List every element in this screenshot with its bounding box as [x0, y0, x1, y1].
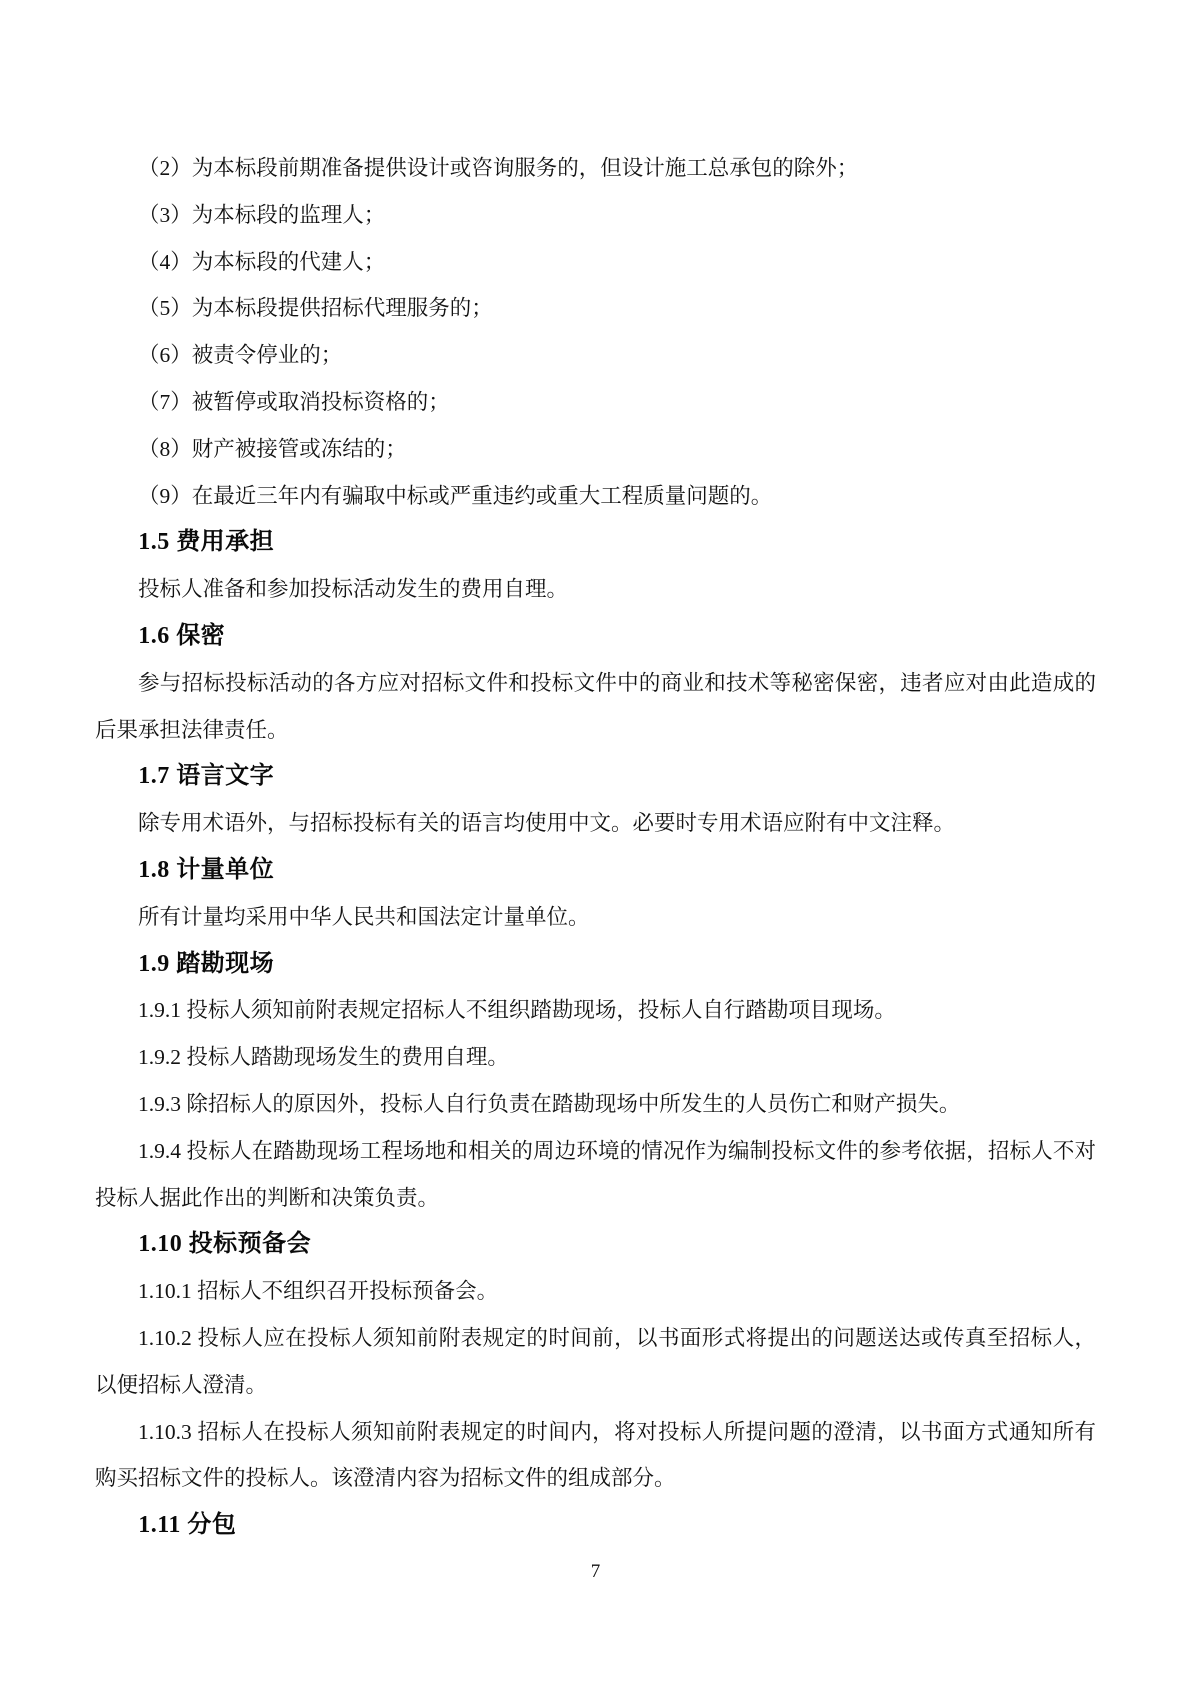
list-item-5: （5）为本标段提供招标代理服务的； [95, 285, 1096, 332]
section-1-10-paragraph-1: 1.10.1 招标人不组织召开投标预备会。 [95, 1268, 1096, 1315]
section-heading-1-6: 1.6 保密 [95, 613, 1096, 660]
section-1-9-paragraph-3: 1.9.3 除招标人的原因外，投标人自行负责在踏勘现场中所发生的人员伤亡和财产损… [95, 1081, 1096, 1128]
section-1-9-paragraph-1: 1.9.1 投标人须知前附表规定招标人不组织踏勘现场，投标人自行踏勘项目现场。 [95, 987, 1096, 1034]
page-number: 7 [95, 1549, 1096, 1596]
section-1-9-paragraph-2: 1.9.2 投标人踏勘现场发生的费用自理。 [95, 1034, 1096, 1081]
section-1-10-paragraph-3: 1.10.3 招标人在投标人须知前附表规定的时间内，将对投标人所提问题的澄清，以… [95, 1409, 1096, 1503]
section-1-8-paragraph: 所有计量均采用中华人民共和国法定计量单位。 [95, 894, 1096, 941]
list-item-7: （7）被暂停或取消投标资格的； [95, 379, 1096, 426]
list-item-6: （6）被责令停业的； [95, 332, 1096, 379]
list-item-2: （2）为本标段前期准备提供设计或咨询服务的，但设计施工总承包的除外； [95, 145, 1096, 192]
section-heading-1-5: 1.5 费用承担 [95, 519, 1096, 566]
document-page: （2）为本标段前期准备提供设计或咨询服务的，但设计施工总承包的除外； （3）为本… [0, 0, 1191, 1684]
section-heading-1-9: 1.9 踏勘现场 [95, 941, 1096, 988]
section-heading-1-7: 1.7 语言文字 [95, 753, 1096, 800]
section-1-6-paragraph: 参与招标投标活动的各方应对招标文件和投标文件中的商业和技术等秘密保密，违者应对由… [95, 660, 1096, 754]
section-heading-1-8: 1.8 计量单位 [95, 847, 1096, 894]
section-1-9-paragraph-4: 1.9.4 投标人在踏勘现场工程场地和相关的周边环境的情况作为编制投标文件的参考… [95, 1128, 1096, 1222]
list-item-8: （8）财产被接管或冻结的； [95, 426, 1096, 473]
section-heading-1-11: 1.11 分包 [95, 1502, 1096, 1549]
section-1-5-paragraph: 投标人准备和参加投标活动发生的费用自理。 [95, 566, 1096, 613]
list-item-9: （9）在最近三年内有骗取中标或严重违约或重大工程质量问题的。 [95, 473, 1096, 520]
list-item-3: （3）为本标段的监理人； [95, 192, 1096, 239]
section-1-10-paragraph-2: 1.10.2 投标人应在投标人须知前附表规定的时间前，以书面形式将提出的问题送达… [95, 1315, 1096, 1409]
section-heading-1-10: 1.10 投标预备会 [95, 1221, 1096, 1268]
list-item-4: （4）为本标段的代建人； [95, 239, 1096, 286]
section-1-7-paragraph: 除专用术语外，与招标投标有关的语言均使用中文。必要时专用术语应附有中文注释。 [95, 800, 1096, 847]
